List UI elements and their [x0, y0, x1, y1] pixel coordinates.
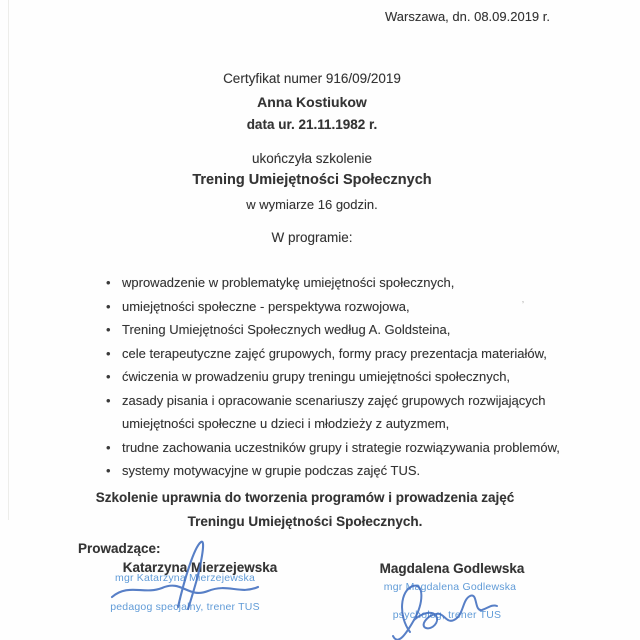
- program-item: systemy motywacyjne w grupie podczas zaj…: [105, 459, 577, 483]
- authorization-line-1: Szkolenie uprawnia do tworzenia programó…: [0, 486, 610, 510]
- authorization-line-2: Treningu Umiejętności Społecznych.: [0, 510, 610, 534]
- certificate-page: Warszawa, dn. 08.09.2019 r. Certyfikat n…: [0, 0, 640, 640]
- signature-katarzyna: [100, 533, 270, 613]
- birth-date-line: data ur. 21.11.1982 r.: [0, 117, 624, 132]
- program-item: umiejętności społeczne - perspektywa roz…: [105, 295, 577, 319]
- signer-name-magdalena: Magdalena Godlewska: [352, 561, 552, 576]
- program-item: ćwiczenia w prowadzeniu grupy treningu u…: [105, 365, 577, 389]
- program-item: Trening Umiejętności Społecznych według …: [105, 318, 577, 342]
- program-item: zasady pisania i opracowanie scenariuszy…: [105, 389, 577, 436]
- recipient-name: Anna Kostiukow: [0, 94, 624, 110]
- program-list: wprowadzenie w problematykę umiejętności…: [105, 271, 577, 483]
- scan-speck-artifact: ʼ: [522, 300, 524, 310]
- duration-line: w wymiarze 16 godzin.: [0, 197, 624, 212]
- training-title: Trening Umiejętności Społecznych: [0, 172, 624, 188]
- signature-magdalena: [380, 576, 510, 640]
- program-item: cele terapeutyczne zajęć grupowych, form…: [105, 342, 577, 366]
- program-item: trudne zachowania uczestników grupy i st…: [105, 436, 577, 460]
- authorization-statement: Szkolenie uprawnia do tworzenia programó…: [0, 486, 610, 533]
- date-line: Warszawa, dn. 08.09.2019 r.: [385, 9, 550, 24]
- program-item: wprowadzenie w problematykę umiejętności…: [105, 271, 577, 295]
- certificate-number: Certyfikat numer 916/09/2019: [0, 71, 624, 86]
- program-heading: W programie:: [0, 230, 624, 245]
- completion-line: ukończyła szkolenie: [0, 151, 624, 166]
